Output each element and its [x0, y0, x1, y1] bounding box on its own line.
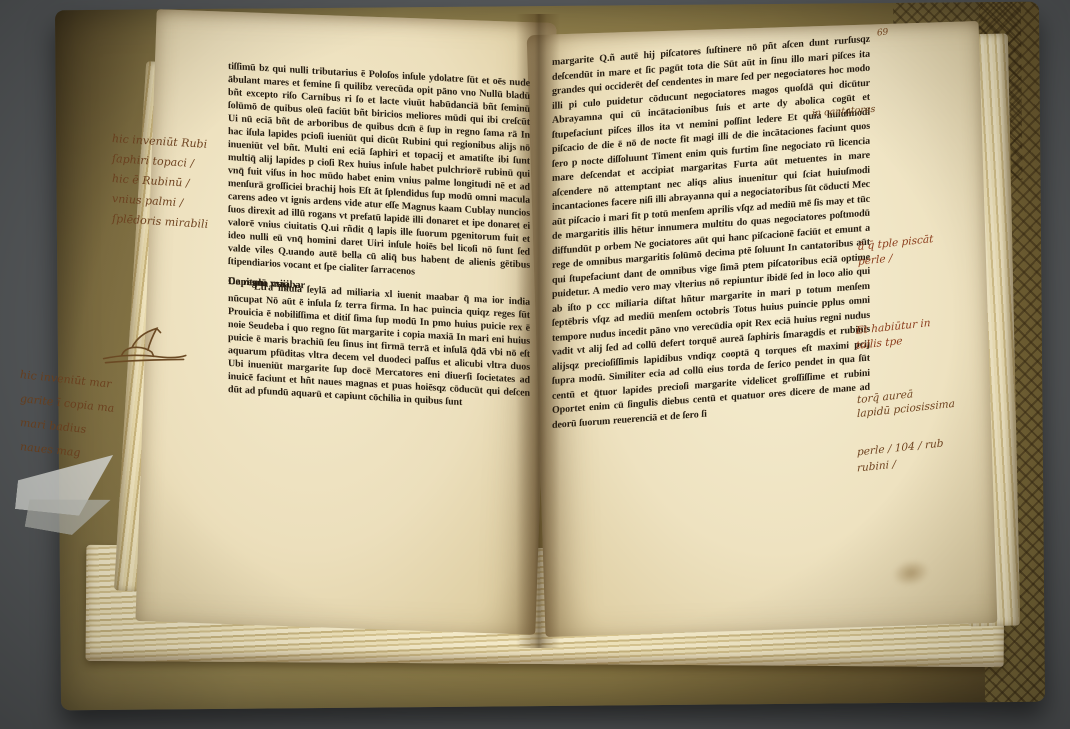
margin-note-pearls-left: hic inveniūt mar garite ī copia ma mari …: [20, 363, 114, 469]
ship-sketch-icon: [97, 318, 191, 377]
right-page-text-block: margarite Q.ñ autē hij piſcatores ſuſtin…: [552, 33, 870, 433]
book-photograph: tiſſimū bz qui nulli tributarius ē Poloſ…: [0, 0, 1070, 729]
left-page-text-block: tiſſimū bz qui nulli tributarius ē Poloſ…: [228, 60, 530, 413]
folio-number: 69: [877, 27, 889, 38]
right-paragraph-1: margarite Q.ñ autē hij piſcatores ſuſtin…: [552, 33, 870, 433]
left-paragraph-2: Ltra inſulā ſeylā ad miliaria xl iuenit …: [228, 279, 530, 413]
margin-note-gems: hic inveniūt Rubi ſaphiri topaci / hic ē…: [112, 129, 208, 235]
left-paragraph-1: tiſſimū bz qui nulli tributarius ē Poloſ…: [228, 60, 530, 285]
